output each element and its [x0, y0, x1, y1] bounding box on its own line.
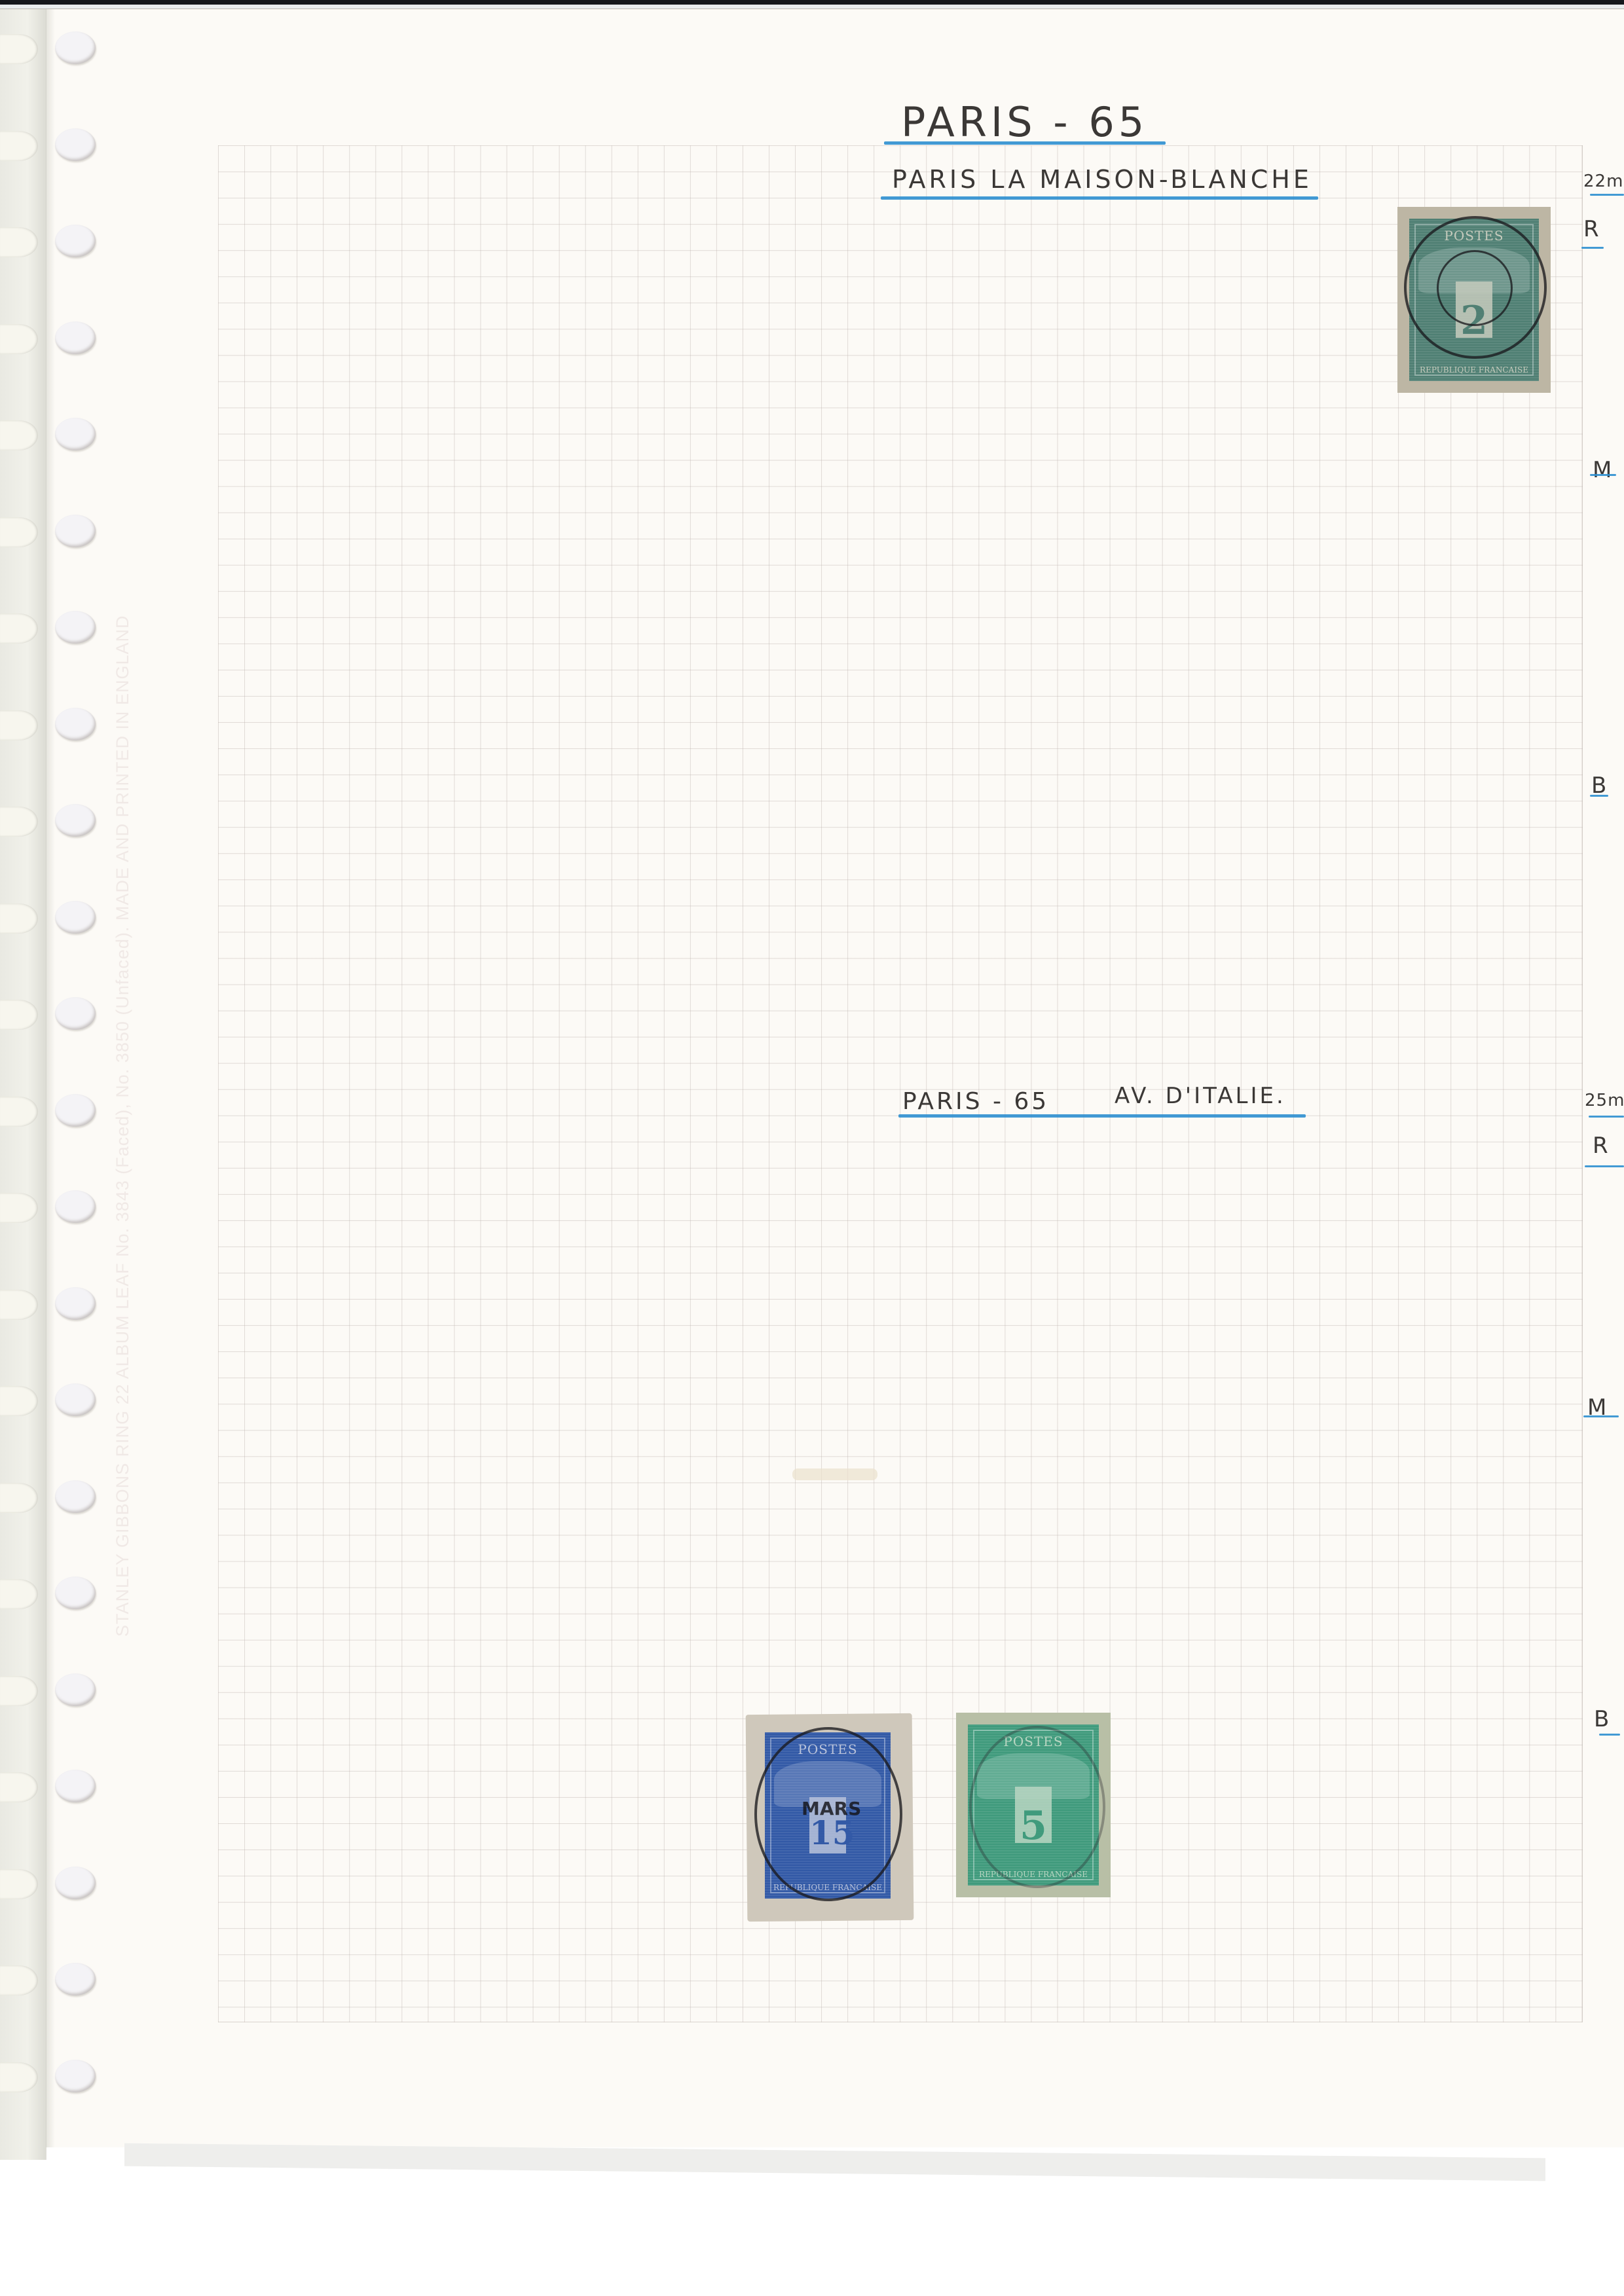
section-2-grade-r-underline — [1585, 1165, 1624, 1167]
binder-hole — [0, 1772, 38, 1802]
binder-hole — [0, 34, 38, 64]
page-punch-hole — [55, 1673, 96, 1706]
binder-hole — [0, 517, 38, 547]
binder-hole — [0, 131, 38, 161]
page-title-underline — [884, 141, 1166, 145]
binder-hole — [0, 1483, 38, 1513]
section-2-margin-note: 25m — [1585, 1091, 1624, 1110]
section-2-grade-b: B — [1594, 1706, 1612, 1732]
page-punch-hole — [55, 2060, 96, 2092]
page-punch-hole — [55, 901, 96, 934]
page-punch-hole — [55, 1190, 96, 1223]
page-punch-hole — [55, 321, 96, 354]
page-punch-hole — [55, 997, 96, 1030]
section-2-heading-underline — [898, 1114, 1306, 1118]
page-title: PARIS - 65 — [901, 98, 1148, 146]
binder-hole — [0, 1965, 38, 1995]
section-1-margin-note-underline — [1590, 194, 1624, 196]
section-1-heading: PARIS LA MAISON-BLANCHE — [892, 165, 1312, 194]
binder-hole — [0, 613, 38, 644]
stamp-15c-blue: POSTES 15 REPUBLIQUE FRANCAISE MARS — [753, 1721, 902, 1910]
binder-hole — [0, 1193, 38, 1223]
binder-hole — [0, 1579, 38, 1609]
binder-hole — [0, 1676, 38, 1706]
binder-hole — [0, 324, 38, 354]
binder-hole — [0, 1290, 38, 1320]
section-2-margin-note-underline — [1589, 1116, 1624, 1118]
publisher-imprint: STANLEY GIBBONS RING 22 ALBUM LEAF No. 3… — [113, 615, 133, 1637]
page-punch-hole — [55, 418, 96, 450]
binder-hole — [0, 807, 38, 837]
page-punch-hole — [55, 31, 96, 64]
page-punch-hole — [55, 1287, 96, 1320]
binder-hole — [0, 1386, 38, 1416]
postmark-circle-faint — [969, 1726, 1105, 1888]
stamp-bottom-inscription: REPUBLIQUE FRANCAISE — [1409, 365, 1539, 374]
binder-hole — [0, 2062, 38, 2092]
section-1-margin-note: 22m — [1583, 172, 1623, 191]
section-2-grade-m-underline — [1583, 1415, 1619, 1417]
page-punch-hole — [55, 1867, 96, 1899]
postmark-month: MARS — [802, 1798, 861, 1819]
page-punch-hole — [55, 1383, 96, 1416]
page-punch-hole — [55, 515, 96, 547]
section-1-grade-m: M — [1593, 457, 1614, 483]
section-1-grade-b-underline — [1590, 795, 1608, 797]
section-1-heading-underline — [881, 196, 1318, 200]
sheet-protector-flap — [124, 2143, 1545, 2181]
page-punch-hole — [55, 611, 96, 644]
section-1-grade-r-underline — [1581, 247, 1604, 249]
page-punch-hole — [55, 1480, 96, 1513]
page-punch-hole — [55, 1770, 96, 1802]
binder-hole — [0, 420, 38, 450]
page-punch-hole — [55, 1094, 96, 1127]
stamp-5c-green: POSTES 5 REPUBLIQUE FRANCAISE — [956, 1713, 1111, 1897]
binder-hole — [0, 1000, 38, 1030]
page-punch-hole — [55, 1576, 96, 1609]
section-2-grade-b-underline — [1599, 1734, 1620, 1736]
binder-hole — [0, 1869, 38, 1899]
section-1-grade-r: R — [1583, 216, 1602, 242]
paper-stain — [792, 1468, 877, 1480]
sheet-protector-edge — [0, 5, 1624, 9]
binder-hole — [0, 227, 38, 257]
page-punch-hole — [55, 804, 96, 837]
page-punch-hole — [55, 225, 96, 257]
binder-hole — [0, 1097, 38, 1127]
binder-shadow — [46, 9, 55, 2147]
section-1-grade-m-underline — [1590, 474, 1616, 476]
section-2-heading-right: AV. D'ITALIE. — [1115, 1083, 1286, 1109]
binder-hole — [0, 710, 38, 740]
scan-top-edge — [0, 0, 1624, 5]
binder-hole — [0, 903, 38, 934]
section-2-grade-r: R — [1593, 1133, 1611, 1159]
section-2-heading-left: PARIS - 65 — [902, 1088, 1049, 1115]
page-punch-hole — [55, 1963, 96, 1995]
stamp-2c-green: POSTES 2 REPUBLIQUE FRANCAISE — [1397, 207, 1551, 393]
page-punch-hole — [55, 708, 96, 740]
postmark-circle-inner — [1437, 250, 1513, 326]
page-punch-hole — [55, 128, 96, 161]
